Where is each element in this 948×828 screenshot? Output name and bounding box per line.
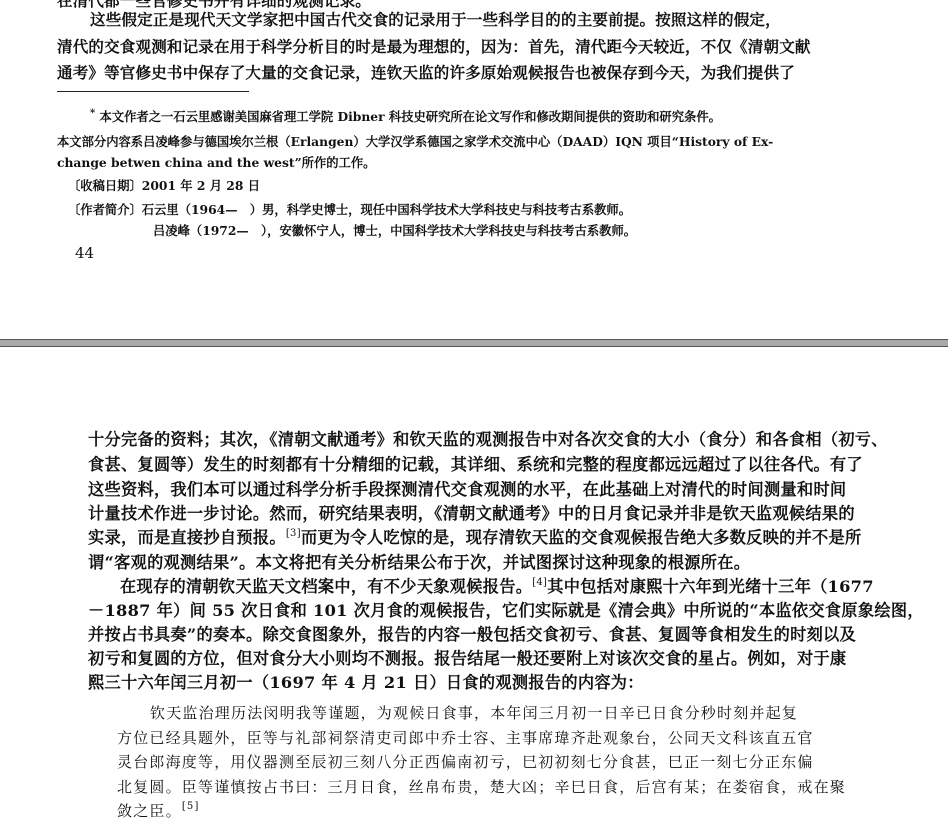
quotation-line: 北复圆。臣等谨慎按占书曰：三月日食，丝帛布贵，楚大凶；辛巳日食，后宫有某；在娄宿…	[117, 776, 846, 797]
paragraph-line: 计量技术作进一步讨论。然而，研究结果表明，《清朝文献通考》中的日月食记录并非是钦…	[88, 500, 855, 524]
quotation-line: 敛之臣。[5]	[117, 800, 200, 821]
page-44: 在清代都一些官修史书并有详细的观测记录。 这些假定正是现代天文学家把中国古代交食…	[0, 0, 948, 339]
author-info: 〔作者简介〕石云里（1964— ）男，科学史博士，现任中国科学技术大学科技史与科…	[68, 200, 631, 218]
paragraph-line: 十分完备的资料；其次，《清朝文献通考》和钦天监的观测报告中对各次交食的大小（食分…	[88, 426, 888, 450]
footnote-marker: *	[90, 108, 95, 119]
paragraph-line: 谓“客观的观测结果”。本文将把有关分析结果公布于次，并试图探讨这种现象的根源所在…	[88, 549, 750, 573]
footnote-divider	[57, 91, 249, 92]
paragraph-line: 实录，而是直接抄自预报。[3]而更为令人吃惊的是，现存清钦天监的交食观候报告绝大…	[88, 524, 862, 548]
footnote-line: change betwen china and the west”所作的工作。	[57, 153, 375, 171]
page-45: 十分完备的资料；其次，《清朝文献通考》和钦天监的观测报告中对各次交食的大小（食分…	[0, 347, 948, 828]
paragraph-line: 并按占书具奏”的奏本。除交食图象外，报告的内容一般包括交食初亏、食甚、复圆等食相…	[88, 621, 856, 645]
quotation-line: 灵台郎海度等，用仪器测至辰初三刻八分正西偏南初亏，巳初初刻七分食甚，巳正一刻七分…	[117, 751, 814, 772]
page-number: 44	[75, 244, 94, 262]
author-1: 石云里（1964— ）男，科学史博士，现任中国科学技术大学科技史与科技考古系教师…	[142, 202, 631, 217]
paragraph-line: －1887 年）间 55 次日食和 101 次月食的观候报告，它们实际就是《清会…	[88, 597, 924, 621]
received-date: 〔收稿日期〕2001 年 2 月 28 日	[68, 176, 260, 194]
citation-ref: [3]	[286, 528, 301, 539]
body-line: 这些假定正是现代天文学家把中国古代交食的记录用于一些科学目的的主要前提。按照这样…	[90, 8, 781, 30]
received-value: 2001 年 2 月 28 日	[142, 178, 260, 193]
footnote-line: 本文部分内容系吕凌峰参与德国埃尔兰根（Erlangen）大学汉学系德国之家学术交…	[57, 132, 773, 150]
received-label: 〔收稿日期〕	[68, 178, 142, 193]
paragraph-line: 初亏和复圆的方位，但对食分大小则均不测报。报告结尾一般还要附上对该次交食的星占。…	[88, 645, 846, 669]
quotation-line: 方位已经具题外，臣等与礼部祠祭清吏司郎中乔士容、主事席瑋齐赴观象台，公同天文科该…	[117, 727, 814, 748]
body-line: 清代的交食观测和记录在用于科学分析目的时是最为理想的，因为：首先，清代距今天较近…	[57, 35, 811, 57]
paragraph-line: 熙三十六年闰三月初一（1697 年 4 月 21 日）日食的观测报告的内容为：	[88, 669, 644, 693]
citation-ref: [4]	[532, 577, 547, 588]
author-label: 〔作者简介〕	[68, 202, 142, 217]
footnote-line: * 本文作者之一石云里感谢美国麻省理工学院 Dibner 科技史研究所在论文写作…	[90, 107, 721, 125]
paragraph-line: 在现存的清朝钦天监天文档案中，有不少天象观候报告。[4]其中包括对康熙十六年到光…	[120, 573, 874, 597]
page-separator	[0, 339, 948, 347]
quotation-line: 钦天监治理历法闵明我等谨题，为观候日食事，本年闰三月初一日辛已日食分秒时刻并起复	[150, 702, 798, 723]
citation-ref: [5]	[182, 801, 200, 812]
paragraph-line: 食甚、复圆等）发生的时刻都有十分精细的记载，其详细、系统和完整的程度都远远超过了…	[88, 451, 863, 475]
paragraph-line: 这些资料，我们本可以通过科学分析手段探测清代交食观测的水平，在此基础上对清代的时…	[88, 476, 846, 500]
body-line: 通考》等官修史书中保存了大量的交食记录，连钦天监的许多原始观候报告也被保存到今天…	[57, 61, 795, 83]
author-2: 吕凌峰（1972— ），安徽怀宁人，博士，中国科学技术大学科技史与科技考古系教师…	[153, 221, 636, 239]
